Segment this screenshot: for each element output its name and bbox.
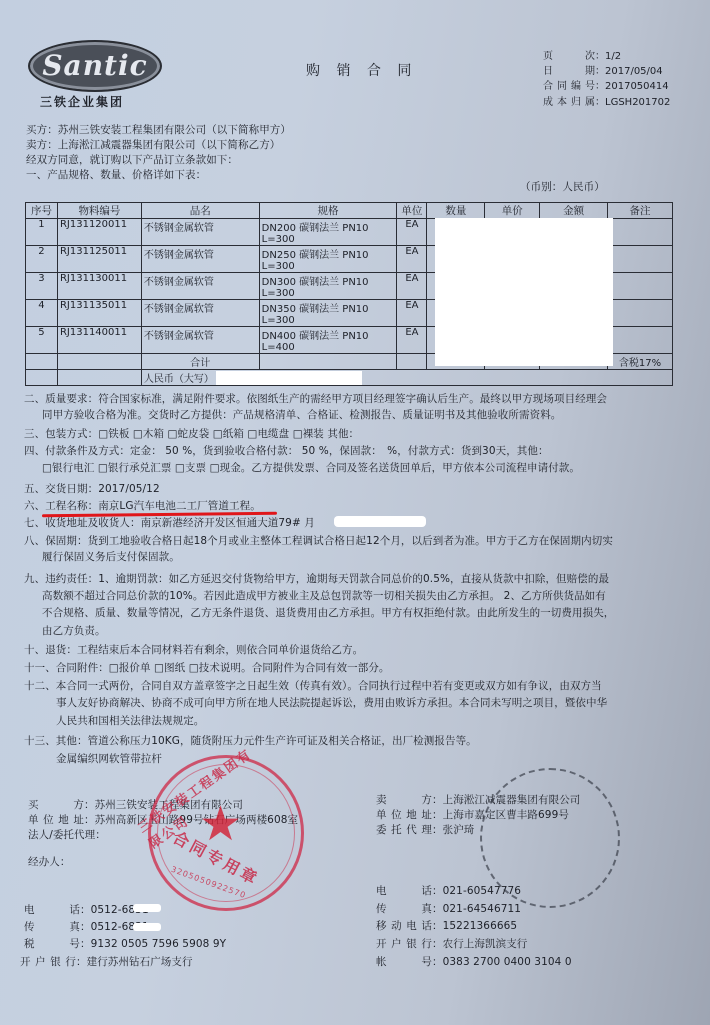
material-code: RJ131125011 xyxy=(57,246,141,273)
logo-text: Santic xyxy=(30,49,160,82)
term-5: 五、交货日期：2017/05/12 xyxy=(24,482,160,496)
remark xyxy=(608,273,673,300)
seller-seal-stamp xyxy=(480,768,620,908)
company-logo: Santic xyxy=(28,40,162,92)
material-code: RJ131130011 xyxy=(57,273,141,300)
product-name: 不锈钢金属软管 xyxy=(141,246,259,273)
product-name: 不锈钢金属软管 xyxy=(141,219,259,246)
meta-date: 日 期：2017/05/04 xyxy=(543,65,663,80)
buyer-line: 买方：苏州三铁安装工程集团有限公司（以下简称甲方） xyxy=(26,123,291,137)
product-name: 不锈钢金属软管 xyxy=(141,300,259,327)
term-13-cont: 金属编织网软管带拉杆 xyxy=(56,752,162,766)
meta-page: 页 次：1/2 xyxy=(543,50,621,65)
seller-account: 帐 号：0383 2700 0400 3104 0 xyxy=(376,955,572,969)
remark xyxy=(608,246,673,273)
col-header: 备注 xyxy=(608,203,673,219)
product-name: 不锈钢金属软管 xyxy=(141,327,259,354)
seller-line: 卖方：上海淞江减震器集团有限公司（以下简称乙方） xyxy=(26,138,280,152)
col-header: 单价 xyxy=(485,203,540,219)
seller-mobile: 移动电话：15221366665 xyxy=(376,919,517,933)
col-header: 序号 xyxy=(26,203,58,219)
section-1-heading: 一、产品规格、数量、价格详如下表： xyxy=(26,168,206,182)
buyer-agent: 法人/委托代理： xyxy=(28,828,106,842)
remark xyxy=(608,327,673,354)
redacted-pricing-block xyxy=(435,218,613,366)
project-name: 工程名称：南京LG汽车电池二工厂管道工程。 xyxy=(45,500,261,512)
col-header: 金额 xyxy=(540,203,608,219)
term-2-cont: 同甲方验收合格为准。交货时乙方提供：产品规格清单、合格证、检测报告、质量证明书及… xyxy=(42,408,561,422)
remark xyxy=(608,300,673,327)
col-header: 品名 xyxy=(141,203,259,219)
row-no: 2 xyxy=(26,246,58,273)
term-9: 九、违约责任：1、逾期罚款：如乙方延迟交付货物给甲方，逾期每天罚款合同总价的0.… xyxy=(24,572,609,586)
table-header-row: 序号 物料编号 品名 规格 单位 数量 单价 金额 备注 xyxy=(26,203,673,219)
buyer-fax: 传 真：0512-6831 xyxy=(24,920,149,934)
buyer-tax-no: 税 号：9132 0505 7596 5908 9Y xyxy=(24,937,226,951)
term-2: 二、质量要求：符合国家标准，满足附件要求。依图纸生产的需经甲方项目经理签字确认后… xyxy=(24,392,607,406)
tax-note: 含税17% xyxy=(608,354,673,370)
spec: DN300 碳钢法兰 PN10L=300 xyxy=(259,273,397,300)
material-code: RJ131140011 xyxy=(57,327,141,354)
row-no: 5 xyxy=(26,327,58,354)
unit: EA xyxy=(397,246,427,273)
term-12: 十二、本合同一式两份，合同自双方盖章签字之日起生效（传真有效）。合同执行过程中若… xyxy=(24,679,602,693)
unit: EA xyxy=(397,219,427,246)
term-9-cont1: 高数额不超过合同总价款的10%。若因此造成甲方被业主及总包罚款等一切相关损失由乙… xyxy=(42,589,606,603)
term-7: 七、收货地址及收货人：南京新港经济开发区恒通大道79# 月 xyxy=(24,516,315,530)
seller-bank: 开户银行：农行上海凯滨支行 xyxy=(376,937,527,951)
unit: EA xyxy=(397,300,427,327)
term-8: 八、保固期：货到工地验收合格日起18个月或业主整体工程调试合格日起12个月，以后… xyxy=(24,534,613,548)
col-header: 数量 xyxy=(427,203,485,219)
spec: DN400 碳钢法兰 PN10L=400 xyxy=(259,327,397,354)
spec: DN250 碳钢法兰 PN10L=300 xyxy=(259,246,397,273)
buyer-handler: 经办人： xyxy=(28,855,70,869)
redacted-consignee xyxy=(334,516,426,527)
term-3: 三、包装方式：□铁板 □木箱 □蛇皮袋 □纸箱 □电缆盘 □裸装 其他： xyxy=(24,427,359,441)
seller-fax: 传 真：021-64546711 xyxy=(376,902,521,916)
logo-subtitle: 三铁企业集团 xyxy=(40,93,124,110)
product-name: 不锈钢金属软管 xyxy=(141,273,259,300)
col-header: 物料编号 xyxy=(57,203,141,219)
buyer-bank: 开户银行：建行苏州钻石广场支行 xyxy=(20,955,193,969)
currency-note: （币别：人民币） xyxy=(520,180,605,194)
term-10: 十、退货：工程结束后本合同材料若有剩余，则依合同单价退货给乙方。 xyxy=(24,643,363,657)
term-8-cont: 履行保固义务后支付保固款。 xyxy=(42,550,180,564)
spec: DN200 碳钢法兰 PN10L=300 xyxy=(259,219,397,246)
redacted-buyer-fax xyxy=(133,923,161,931)
document-title: 购 销 合 同 xyxy=(306,60,417,80)
buyer-phone: 电 话：0512-6831 xyxy=(24,903,149,917)
contract-seal-stamp: 三铁安装工程集团有限公司 ★ 合同专用章 3205050922570 xyxy=(148,755,304,911)
material-code: RJ131120011 xyxy=(57,219,141,246)
term-12-cont2: 人民共和国相关法律法规规定。 xyxy=(56,714,204,728)
term-11: 十一、合同附件：□报价单 □图纸 □技术说明。合同附件为合同有效一部分。 xyxy=(24,661,390,675)
row-no: 4 xyxy=(26,300,58,327)
contract-page: Santic 三铁企业集团 购 销 合 同 页 次：1/2 日 期：2017/0… xyxy=(0,0,710,1025)
unit: EA xyxy=(397,273,427,300)
unit: EA xyxy=(397,327,427,354)
redacted-buyer-phone xyxy=(133,904,161,912)
term-12-cont1: 事人友好协商解决、协商不成可向甲方所在地人民法院提起诉讼，费用由败诉方承担。本合… xyxy=(56,696,607,710)
meta-contract-no: 合同编号：2017050414 xyxy=(543,80,669,95)
col-header: 规格 xyxy=(259,203,397,219)
seller-agent: 委托代理：张沪琦 xyxy=(376,823,474,837)
material-code: RJ131135011 xyxy=(57,300,141,327)
col-header: 单位 xyxy=(397,203,427,219)
term-6: 六、工程名称：南京LG汽车电池二工厂管道工程。 xyxy=(24,499,261,513)
row-no: 3 xyxy=(26,273,58,300)
spec: DN350 碳钢法兰 PN10L=300 xyxy=(259,300,397,327)
term-4-cont: □银行电汇 □银行承兑汇票 □支票 □现金。乙方提供发票、合同及签名送货回单后，… xyxy=(42,461,580,475)
remark xyxy=(608,219,673,246)
intro-line: 经双方同意，就订购以下产品订立条款如下： xyxy=(26,153,238,167)
term-9-cont3: 由乙方负责。 xyxy=(42,624,106,638)
meta-cost-center: 成本归属：LGSH201702 xyxy=(543,96,670,111)
total-label: 合计 xyxy=(141,354,259,370)
row-no: 1 xyxy=(26,219,58,246)
redacted-total-amount xyxy=(216,371,362,385)
term-4: 四、付款条件及方式：定金： 50 %，货到验收合格付款： 50 %，保固款： %… xyxy=(24,444,549,458)
term-9-cont2: 不合规格、质量、数量等情况，乙方无条件退货、退货费用由乙方承担。甲方有权拒绝付款… xyxy=(42,606,614,620)
